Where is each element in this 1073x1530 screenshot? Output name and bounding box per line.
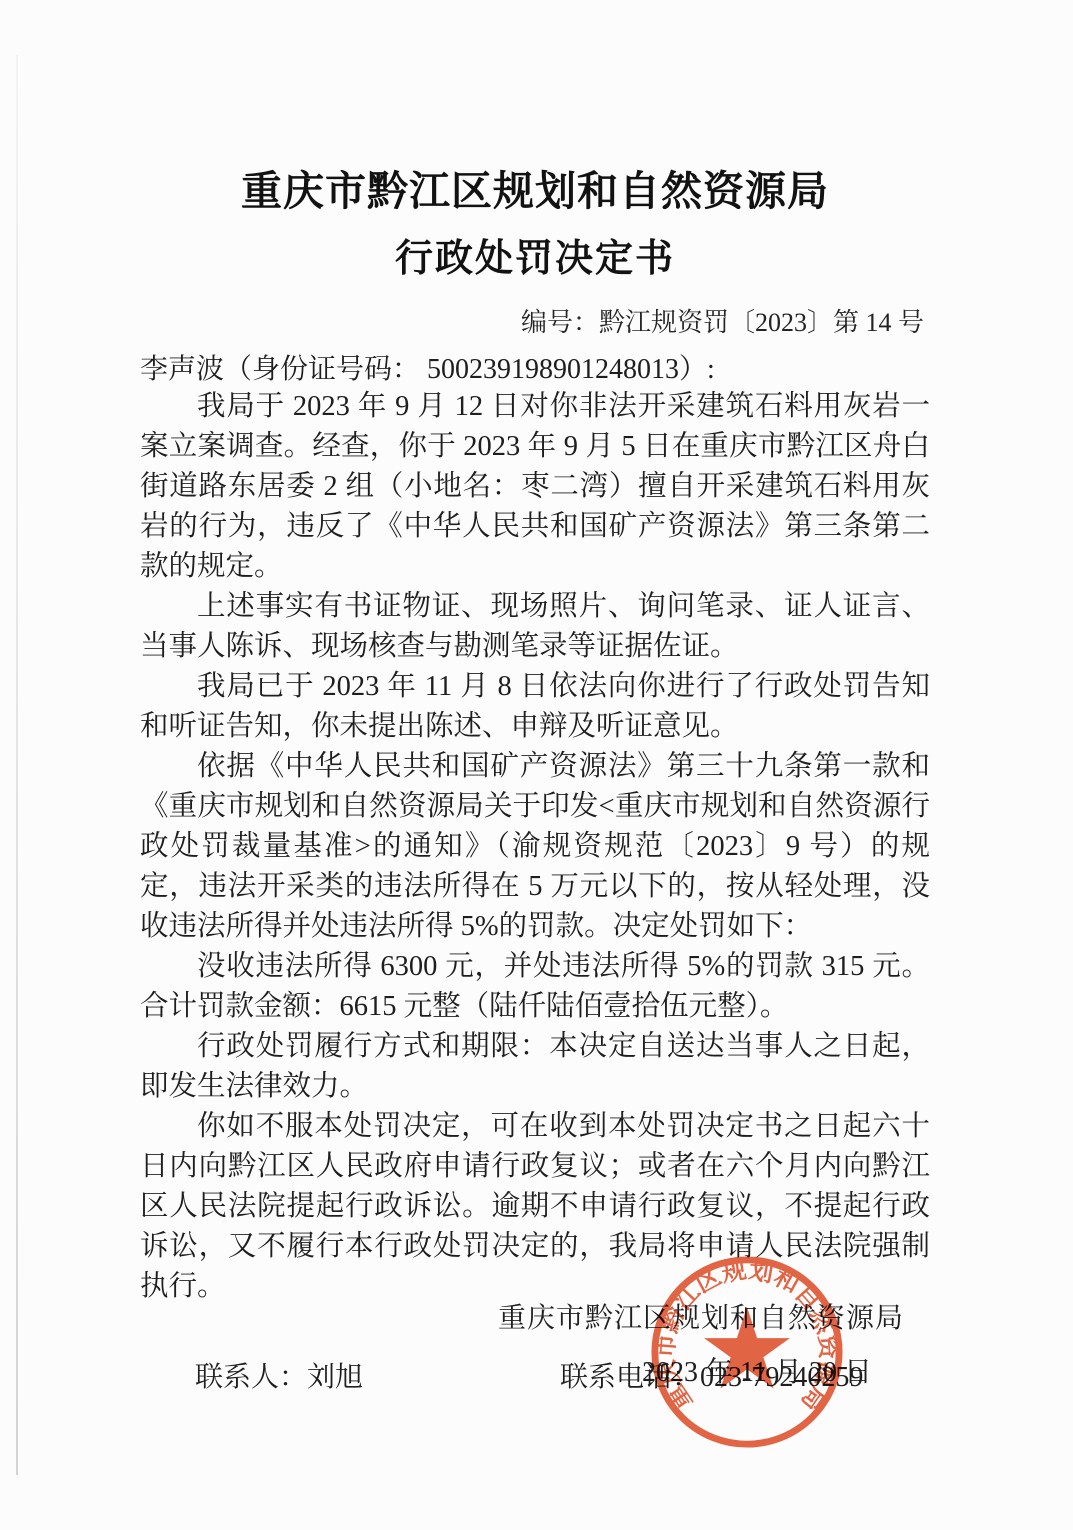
paragraph-penalty-amount: 没收违法所得 6300 元，并处违法所得 5%的罚款 315 元。合计罚款金额：…: [140, 947, 930, 1027]
paragraph-case-investigation: 我局于 2023 年 9 月 12 日对你非法开采建筑石料用灰岩一案立案调查。经…: [140, 387, 930, 587]
closing-block: 重庆市黔江区规划和自然资源局 2023 年 11 月 20 日: [430, 1296, 930, 1390]
document-content: 重庆市黔江区规划和自然资源局 行政处罚决定书 编号：黔江规资罚〔2023〕第 1…: [140, 158, 930, 1395]
document-number: 编号：黔江规资罚〔2023〕第 14 号: [140, 302, 930, 339]
paragraph-evidence: 上述事实有书证物证、现场照片、询问笔录、证人证言、当事人陈诉、现场核查与勘测笔录…: [140, 587, 930, 667]
scanned-document-page: 重庆市黔江区规划和自然资源局 行政处罚决定书 编号：黔江规资罚〔2023〕第 1…: [0, 0, 1073, 1530]
scan-artifact-line: [16, 55, 18, 1475]
contact-person-label: 联系人：: [195, 1362, 307, 1393]
issuer-name: 重庆市黔江区规划和自然资源局: [430, 1296, 930, 1336]
paragraph-legal-basis: 依据《中华人民共和国矿产资源法》第三十九条第一款和《重庆市规划和自然资源局关于印…: [140, 747, 930, 947]
document-title-type: 行政处罚决定书: [140, 227, 930, 282]
recipient-line: 李声波（身份证号码： 500239198901248013）:: [140, 347, 930, 387]
document-title-agency: 重庆市黔江区规划和自然资源局: [140, 158, 930, 217]
paragraph-execution-terms: 行政处罚履行方式和期限：本决定自送达当事人之日起，即发生法律效力。: [140, 1027, 930, 1107]
contact-person: 联系人：刘旭: [195, 1362, 363, 1393]
paragraph-notification: 我局已于 2023 年 11 月 8 日依法向你进行了行政处罚告知和听证告知，你…: [140, 667, 930, 747]
paragraph-appeal-rights: 你如不服本处罚决定，可在收到本处罚决定书之日起六十日内向黔江区人民政府申请行政复…: [140, 1107, 930, 1307]
contact-person-name: 刘旭: [307, 1362, 363, 1393]
document-body: 我局于 2023 年 9 月 12 日对你非法开采建筑石料用灰岩一案立案调查。经…: [140, 387, 930, 1307]
issue-date: 2023 年 11 月 20 日: [430, 1350, 930, 1390]
